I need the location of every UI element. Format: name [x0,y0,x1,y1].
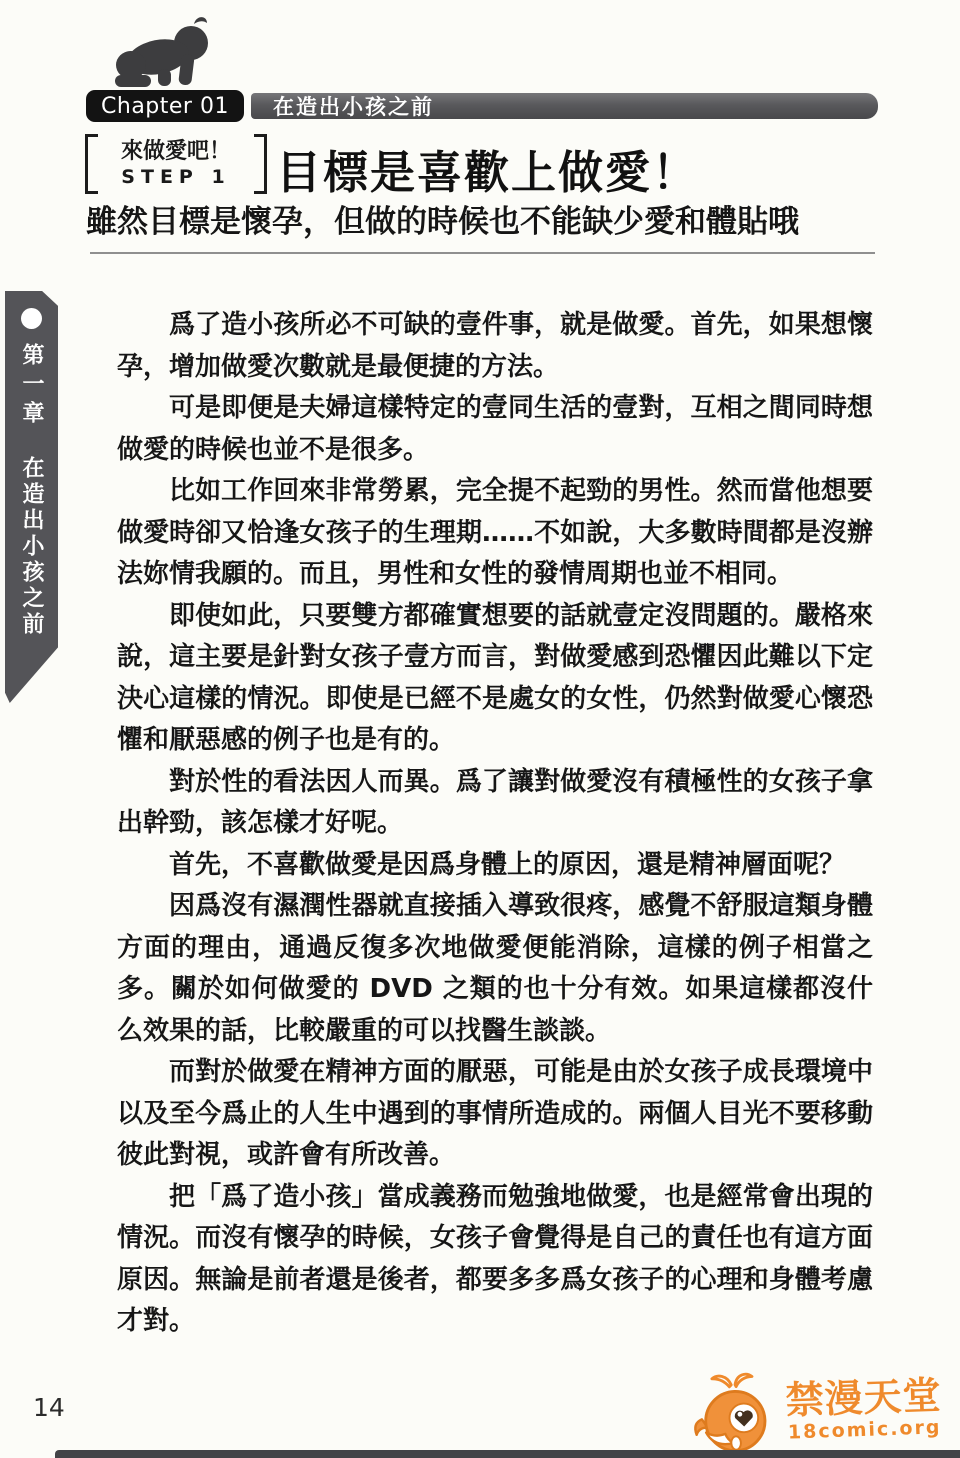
sidebar-chapter-label: 第一章 [5,343,58,430]
chapter-bar: 在造出小孩之前 [251,93,878,119]
step-slogan: 來做愛吧！ [121,139,231,165]
chapter-bar-title: 在造出小孩之前 [273,91,434,121]
18comic-mascot-icon [687,1369,786,1458]
page-subtitle: 雖然目標是懷孕，但做的時候也不能缺少愛和體貼哦 [86,196,799,241]
step-number: STEP 1 [121,165,230,189]
paragraph: 首先，不喜歡做愛是因爲身體上的原因，還是精神層面呢？ [117,845,873,887]
page-number: 14 [33,1393,65,1422]
paragraph: 因爲沒有濕潤性器就直接插入導致很疼，感覺不舒服這類身體方面的理由，通過反復多次地… [117,886,873,1052]
chapter-badge-label: Chapter 01 [101,94,229,119]
page-title: 目標是喜歡上做愛！ [276,136,699,201]
scanned-book-page: Chapter 01 在造出小孩之前 來做愛吧！ STEP 1 目標是喜歡上做愛… [0,0,960,1458]
sidebar-chapter-tab: 第一章 在造出小孩之前 [5,291,58,703]
bullet-dot-icon [21,308,42,329]
paragraph: 而對於做愛在精神方面的厭惡，可能是由於女孩子成長環境中以及至今爲止的人生中遇到的… [117,1052,873,1177]
step-bracket: 來做愛吧！ STEP 1 [85,134,267,194]
chapter-badge: Chapter 01 [86,90,244,122]
watermark-site-name: 禁漫天堂 [785,1374,942,1421]
scan-edge-shadow [55,1450,960,1458]
paragraph: 把「爲了造小孩」當成義務而勉強地做愛，也是經常會出現的情況。而沒有懷孕的時候，女… [117,1177,873,1343]
paragraph: 爲了造小孩所必不可缺的壹件事，就是做愛。首先，如果想懷孕，增加做愛次數就是最便捷… [117,305,873,388]
paragraph: 對於性的看法因人而異。爲了讓對做愛沒有積極性的女孩子拿出幹勁，該怎樣才好呢。 [117,762,873,845]
divider-rule [90,252,875,254]
watermark-site-url: 18comic.org [788,1416,942,1443]
paragraph: 比如工作回來非常勞累，完全提不起勁的男性。然而當他想要做愛時卻又恰逢女孩子的生理… [117,471,873,596]
paragraph: 即使如此，只要雙方都確實想要的話就壹定沒問題的。嚴格來說，這主要是針對女孩子壹方… [117,596,873,762]
crawling-baby-icon [106,12,222,92]
paragraph: 可是即便是夫婦這樣特定的壹同生活的壹對，互相之間同時想做愛的時候也並不是很多。 [117,388,873,471]
right-bracket-decoration [254,134,267,194]
sidebar-chapter-title: 在造出小孩之前 [5,456,58,638]
body-text: 爲了造小孩所必不可缺的壹件事，就是做愛。首先，如果想懷孕，增加做愛次數就是最便捷… [117,305,873,1343]
left-bracket-decoration [85,134,98,194]
watermark: 禁漫天堂 18comic.org [687,1364,922,1458]
